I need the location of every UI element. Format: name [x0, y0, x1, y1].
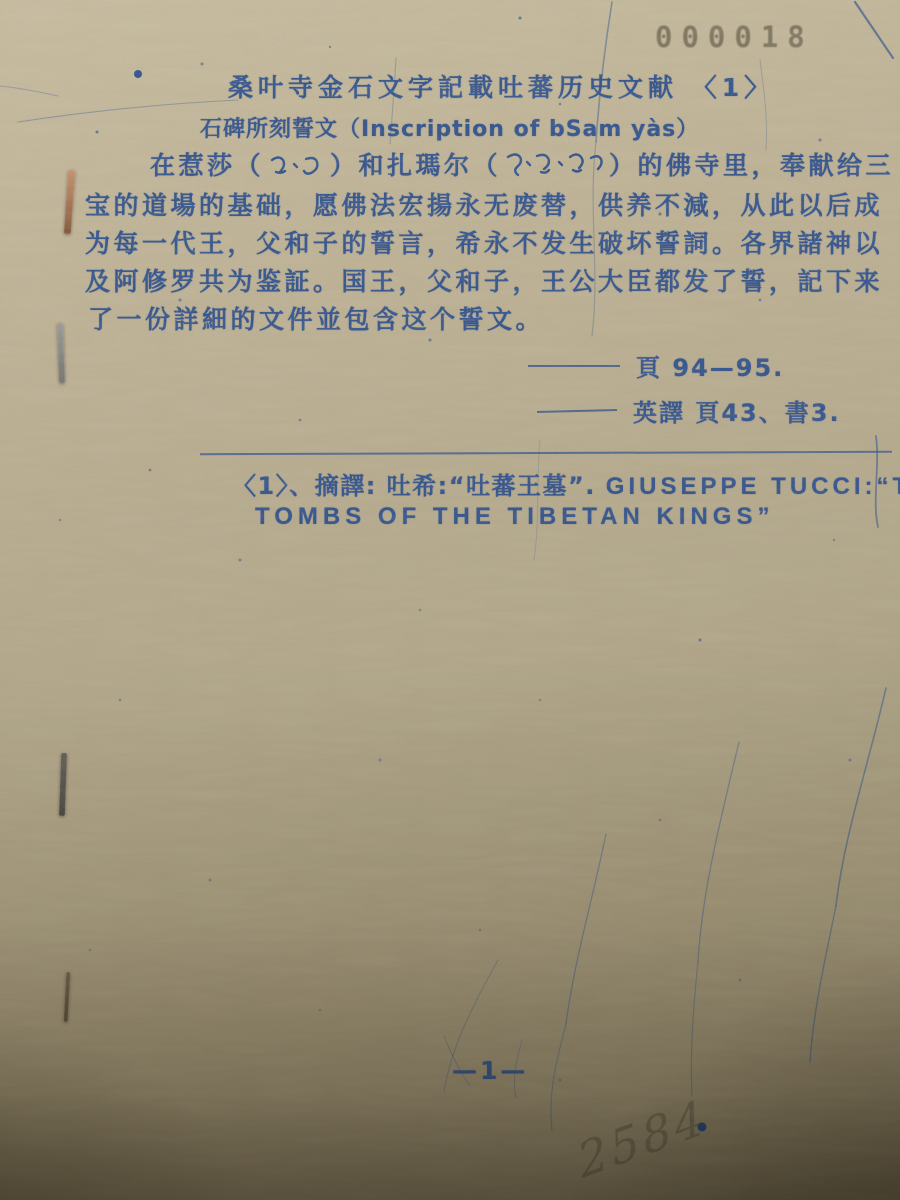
reference-pages-text: 頁 94—95.	[636, 348, 784, 383]
body-line-1-text-a: 在惹莎（	[150, 151, 264, 180]
footnote-citation-cn: 〈1〉、摘譯: 吐希:“吐蕃王墓”.	[232, 472, 606, 500]
tibetan-script-brag-mar	[503, 150, 607, 178]
footnote-line-2: TOMBS OF THE TIBETAN KINGS”	[255, 503, 774, 531]
page-number: —1—	[452, 1056, 528, 1085]
page-title: 桑叶寺金石文字記載吐蕃历史文献 〈1〉	[228, 68, 774, 104]
document-subtitle: 石碑所刻誓文（Inscription of bSam yàs）	[200, 112, 699, 143]
footnote-citation-en: GIUSEPPE TUCCI:“TH	[606, 473, 900, 500]
handwritten-number: 2584	[573, 1089, 712, 1190]
reference-translation-text: 英譯 頁43、書3.	[633, 393, 841, 428]
footnote-line-1: 〈1〉、摘譯: 吐希:“吐蕃王墓”. GIUSEPPE TUCCI:“TH	[232, 466, 900, 501]
staple-dark	[59, 753, 67, 816]
body-line-5: 了一份詳細的文件並包含这个誓文。	[88, 300, 544, 336]
body-line-3: 为每一代王，父和子的誓言，希永不发生破坏誓詞。各界諸神以	[85, 224, 883, 260]
staple-thin	[64, 972, 71, 1022]
reference-dash	[537, 408, 617, 412]
body-line-2: 宝的道場的基础，愿佛法宏揚永无废替，供养不減，从此以后成	[85, 186, 883, 222]
staple-copper	[64, 170, 75, 234]
body-line-1-text-b: ）和扎瑪尔（	[330, 151, 501, 180]
body-line-4: 及阿修罗共为鉴証。国王，父和子，王公大臣都发了誓，記下来	[85, 262, 883, 298]
footnote-divider	[200, 451, 892, 455]
ink-speckles	[59, 17, 852, 1132]
reference-pages: 頁 94—95.	[528, 348, 784, 383]
tibetan-script-ra-sa	[266, 152, 328, 178]
body-line-1-text-c: ）的佛寺里，奉献给三	[609, 151, 894, 180]
reference-dash	[528, 365, 620, 367]
scanned-document-page: 000018 桑叶寺金石文字記載吐蕃历史文献 〈1〉 石碑所刻誓文（Inscri…	[0, 0, 900, 1200]
archive-stamp-number: 000018	[655, 20, 814, 54]
reference-translation: 英譯 頁43、書3.	[537, 393, 841, 428]
body-line-1: 在惹莎（ ）和扎瑪尔（ ）的佛寺里，奉献给三	[150, 146, 894, 182]
staple-silver	[57, 323, 65, 383]
